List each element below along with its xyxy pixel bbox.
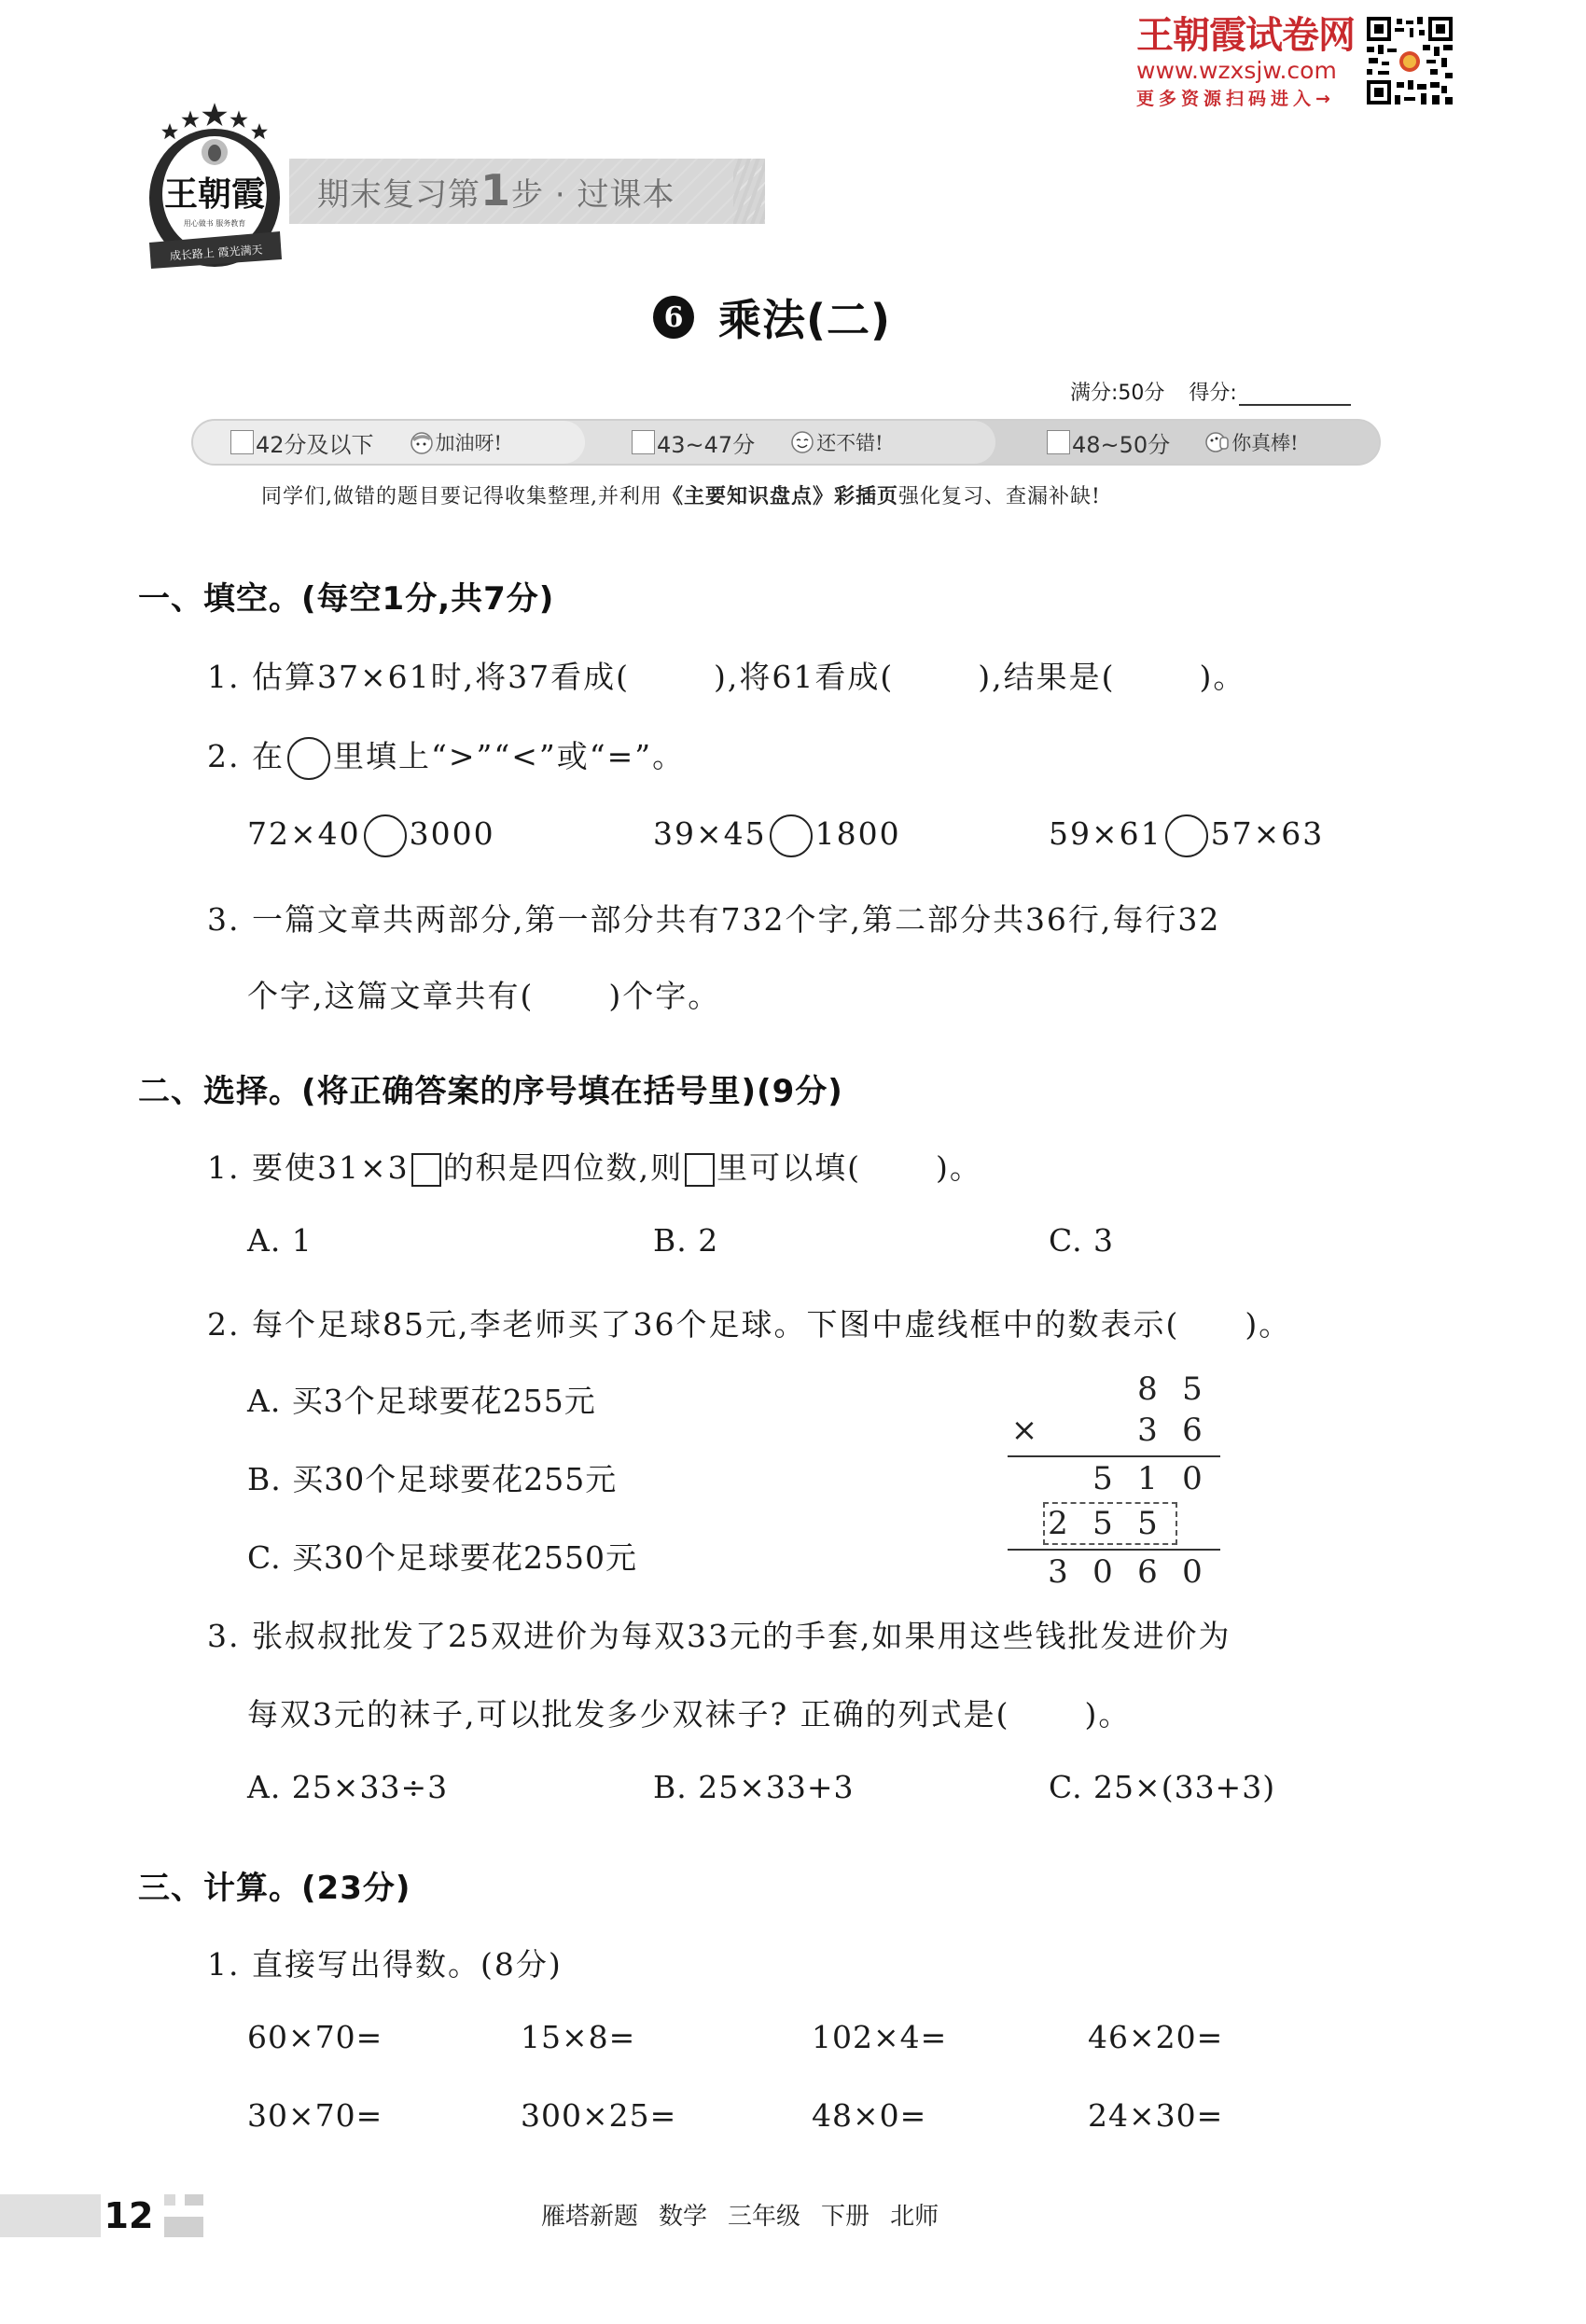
- digit-box-icon: [411, 1153, 441, 1187]
- s2-question-1: 1. 要使31×3的积是四位数,则里可以填()。: [207, 1144, 982, 1188]
- footer-square-decoration: [164, 2194, 175, 2206]
- multiply-sign: ×: [1008, 1411, 1041, 1450]
- s2-q2-option-a[interactable]: A. 买3个足球要花255元: [247, 1377, 596, 1421]
- sum-line: [1008, 1455, 1220, 1457]
- section-3-heading: 三、计算。(23分): [138, 1862, 410, 1908]
- s1-q2-item-1: 72×403000: [247, 814, 495, 857]
- s1-question-2: 2. 在里填上“>”“<”或“=”。: [207, 732, 685, 780]
- calc-item: 300×25=: [521, 2097, 676, 2134]
- smile-face-icon: [790, 430, 814, 454]
- chapter-title: 6 乘法(二): [653, 289, 891, 345]
- s2-q2-option-b[interactable]: B. 买30个足球要花255元: [247, 1455, 617, 1499]
- s2-q1-option-b[interactable]: B. 2: [653, 1222, 718, 1259]
- header-banner: 期末复习第1步 · 过课本: [289, 159, 765, 224]
- chapter-title-text: 乘法(二): [718, 286, 891, 348]
- s2-question-3-cont: 每双3元的袜子,可以批发多少双袜子? 正确的列式是()。: [247, 1691, 1131, 1734]
- compare-circle-icon: [287, 737, 330, 780]
- section-2-heading: 二、选择。(将正确答案的序号填在括号里)(9分): [138, 1065, 843, 1111]
- vertical-multiplication-figure: 8 5 × 3 6 5 1 0 2 5 5 3 0 6 0: [1008, 1370, 1231, 1593]
- s3-question-1: 1. 直接写出得数。(8分): [207, 1941, 563, 1984]
- cheer-face-icon: [410, 430, 434, 454]
- s2-q2-option-c[interactable]: C. 买30个足球要花2550元: [247, 1534, 637, 1578]
- rating-option-low[interactable]: 42分及以下 加油呀!: [230, 421, 502, 464]
- ad-cta: 更多资源扫码进入→: [1136, 88, 1335, 110]
- footer-square-decoration: [185, 2194, 203, 2206]
- banner-title: 期末复习第1步 · 过课本: [317, 170, 675, 216]
- calc-item: 46×20=: [1088, 2019, 1223, 2055]
- calc-item: 15×8=: [521, 2019, 635, 2055]
- calc-item: 30×70=: [247, 2097, 383, 2134]
- s1-q2-item-2: 39×451800: [653, 814, 901, 857]
- chapter-number-badge: 6: [653, 296, 694, 339]
- compare-input[interactable]: [1165, 814, 1208, 857]
- score-line: 满分:50分 得分:: [1070, 377, 1351, 406]
- svg-text:用心做书 服务教育: 用心做书 服务教育: [184, 218, 246, 228]
- qr-code-icon[interactable]: [1367, 17, 1453, 104]
- s2-q1-option-a[interactable]: A. 1: [247, 1222, 313, 1259]
- s2-question-2: 2. 每个足球85元,李老师买了36个足球。下图中虚线框中的数表示()。: [207, 1301, 1291, 1344]
- thumbs-up-face-icon: [1205, 430, 1230, 454]
- rating-option-mid[interactable]: 43~47分 还不错!: [632, 421, 883, 464]
- calc-item: 102×4=: [812, 2019, 947, 2055]
- rating-checkbox[interactable]: [1047, 430, 1070, 454]
- review-tip: 同学们,做错的题目要记得收集整理,并利用《主要知识盘点》彩插页强化复习、查漏补缺…: [261, 480, 1101, 509]
- step-number: 1: [480, 165, 511, 216]
- ad-url[interactable]: www.wzxsjw.com: [1136, 58, 1337, 84]
- page-number: 12: [101, 2194, 157, 2237]
- book-info: 雁塔新题数学三年级下册北师: [541, 2197, 959, 2232]
- s2-q3-option-c[interactable]: C. 25×(33+3): [1049, 1769, 1275, 1805]
- got-score-label: 得分:: [1189, 377, 1236, 406]
- ad-brand: 王朝霞试卷网: [1136, 15, 1355, 56]
- section-1-heading: 一、填空。(每空1分,共7分): [138, 573, 554, 619]
- digit-box-icon: [685, 1153, 715, 1187]
- svg-text:王朝霞: 王朝霞: [164, 174, 265, 214]
- compare-input[interactable]: [770, 814, 813, 857]
- s2-q3-option-b[interactable]: B. 25×33+3: [653, 1769, 855, 1805]
- banner-stripes-decoration: [733, 159, 765, 224]
- full-score-label: 满分:50分: [1070, 377, 1164, 406]
- s2-q3-option-a[interactable]: A. 25×33÷3: [247, 1769, 448, 1805]
- sum-line: [1008, 1549, 1220, 1551]
- publisher-logo: 王朝霞 用心做书 服务教育 成长路上 霞光满天: [140, 101, 289, 273]
- s1-question-1: 1. 估算37×61时,将37看成(),将61看成(),结果是()。: [207, 653, 1245, 697]
- s1-q2-item-3: 59×6157×63: [1049, 814, 1324, 857]
- s2-q1-option-c[interactable]: C. 3: [1049, 1222, 1114, 1259]
- calc-item: 60×70=: [247, 2019, 383, 2055]
- s2-question-3: 3. 张叔叔批发了25双进价为每双33元的手套,如果用这些钱批发进价为: [207, 1612, 1231, 1656]
- footer-bar-decoration: [0, 2194, 101, 2237]
- compare-input[interactable]: [364, 814, 407, 857]
- footer-square-decoration: [164, 2217, 203, 2237]
- s1-question-3-cont: 个字,这篇文章共有()个字。: [247, 972, 720, 1016]
- rating-checkbox[interactable]: [632, 430, 655, 454]
- s1-question-3: 3. 一篇文章共两部分,第一部分共有732个字,第二部分共36行,每行32: [207, 896, 1220, 939]
- self-rating-bar: 42分及以下 加油呀! 43~47分 还不错! 48~50分 你真棒!: [191, 419, 1381, 466]
- rating-option-high[interactable]: 48~50分 你真棒!: [1047, 421, 1299, 464]
- calc-item: 24×30=: [1088, 2097, 1223, 2134]
- score-input[interactable]: [1239, 383, 1351, 406]
- calc-item: 48×0=: [812, 2097, 926, 2134]
- rating-checkbox[interactable]: [230, 430, 254, 454]
